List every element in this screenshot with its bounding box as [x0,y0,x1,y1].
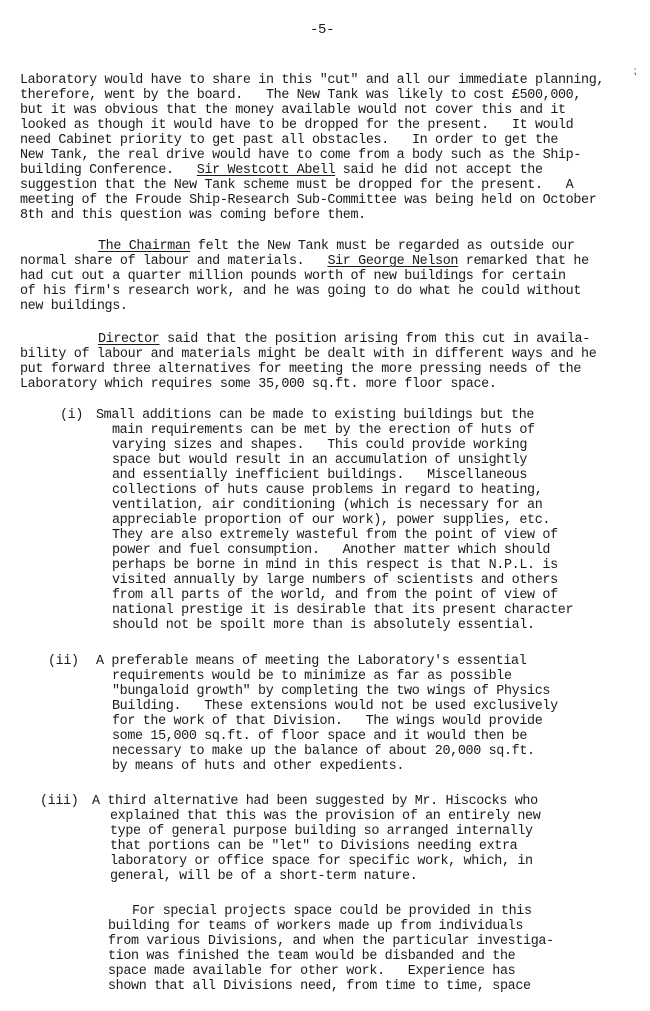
text-line: normal share of labour and materials. Si… [20,255,589,269]
text-line: put forward three alternatives for meeti… [20,363,581,377]
text-line: for the work of that Division. The wings… [112,715,542,729]
text-line: A preferable means of meeting the Labora… [96,655,526,669]
page-number: -5- [310,22,334,38]
text-line: perhaps be borne in mind in this respect… [112,559,558,573]
text-line: laboratory or office space for specific … [110,855,533,869]
text-line: Building. These extensions would not be … [112,700,558,714]
text-line: general, will be of a short-term nature. [110,870,417,884]
text-line: therefore, went by the board. The New Ta… [20,89,581,103]
list-label: (ii) [48,655,79,669]
speaker-name: Sir Westcott Abell [197,163,335,178]
text-line: For special projects space could be prov… [132,905,532,919]
text-line: building for teams of workers made up fr… [108,920,523,934]
text-line: from all parts of the world, and from th… [112,589,558,603]
text-line: by means of huts and other expedients. [112,760,404,774]
text-line: space but would result in an accumulatio… [112,454,527,468]
text-line: type of general purpose building so arra… [110,825,533,839]
text-line: suggestion that the New Tank scheme must… [20,179,573,193]
text-line: and essentially inefficient buildings. M… [112,469,527,483]
text-line: appreciable proportion of our work), pow… [112,514,550,528]
text-line: Small additions can be made to existing … [96,409,534,423]
text-fragment: remarked that he [458,254,589,269]
text-line: tion was finished the team would be disb… [108,950,515,964]
text-line: collections of huts cause problems in re… [112,484,542,498]
speaker-name: The Chairman [98,239,190,254]
text-line: from various Divisions, and when the par… [108,935,554,949]
text-line: of his firm's research work, and he was … [20,285,581,299]
text-fragment: normal share of labour and materials. [20,254,327,269]
text-line: some 15,000 sq.ft. of floor space and it… [112,730,527,744]
text-line: looked as though it would have to be dro… [20,119,573,133]
text-line: The Chairman felt the New Tank must be r… [98,240,575,254]
speaker-name: Sir George Nelson [327,254,458,269]
list-label: (i) [60,409,83,423]
text-line: requirements would be to minimize as far… [112,670,512,684]
document-page: -5- ⁏ Laboratory would have to share in … [0,0,650,1011]
text-line: but it was obvious that the money availa… [20,104,566,118]
text-line: "bungaloid growth" by completing the two… [112,685,550,699]
text-line: ventilation, air conditioning (which is … [112,499,542,513]
text-fragment: felt the New Tank must be regarded as ou… [190,239,574,254]
text-line: Laboratory would have to share in this "… [20,74,604,88]
text-line: space made available for other work. Exp… [108,965,515,979]
text-line-with-name: building Conference. Sir Westcott Abell … [20,164,543,178]
speaker-name: Director [98,332,160,347]
text-line: main requirements can be met by the erec… [112,424,535,438]
text-line: new buildings. [20,300,128,314]
text-line: had cut out a quarter million pounds wor… [20,270,566,284]
text-line: varying sizes and shapes. This could pro… [112,439,527,453]
text-line: power and fuel consumption. Another matt… [112,544,550,558]
text-fragment: said that the position arising from this… [160,332,590,347]
text-line: national prestige it is desirable that i… [112,604,573,618]
text-line: Director said that the position arising … [98,333,590,347]
text-line: Laboratory which requires some 35,000 sq… [20,378,497,392]
text-line: necessary to make up the balance of abou… [112,745,535,759]
text-line: need Cabinet priority to get past all ob… [20,134,558,148]
text-line: that portions can be "let" to Divisions … [110,840,517,854]
margin-mark: ⁏ [633,68,636,76]
text-line: 8th and this question was coming before … [20,209,366,223]
text-line: shown that all Divisions need, from time… [108,980,531,994]
text-line: New Tank, the real drive would have to c… [20,149,581,163]
text-fragment: said he did not accept the [335,163,543,178]
text-fragment: building Conference. [20,163,197,178]
text-line: should not be spoilt more than is absolu… [112,619,535,633]
text-line: meeting of the Froude Ship-Research Sub-… [20,194,596,208]
text-line: visited annually by large numbers of sci… [112,574,558,588]
list-label: (iii) [40,795,78,809]
text-line: A third alternative had been suggested b… [92,795,538,809]
text-line: explained that this was the provision of… [110,810,540,824]
text-line: They are also extremely wasteful from th… [112,529,558,543]
text-line: bility of labour and materials might be … [20,348,596,362]
